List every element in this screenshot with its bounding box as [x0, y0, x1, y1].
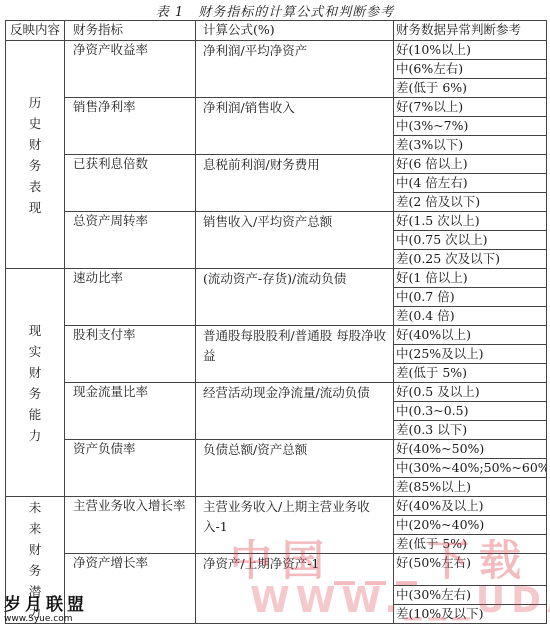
- judgement-value: 差(低于 6%): [394, 79, 547, 98]
- indicator-name: 股利支付率: [65, 326, 196, 383]
- indicator-name: 净资产收益率: [65, 41, 196, 98]
- section-label-char: 历: [6, 92, 64, 113]
- indicator-name: 已获利息倍数: [65, 155, 196, 212]
- judgement-value: 差(0.3 以下): [394, 421, 547, 440]
- section-label-char: 来: [6, 518, 64, 539]
- indicator-name: 总资产周转率: [65, 212, 196, 269]
- section-label-char: 财: [6, 539, 64, 560]
- section-label: 历史财务表现: [6, 41, 65, 269]
- judgement-value: 好(40%以上): [394, 326, 547, 345]
- section-label-char: 实: [6, 341, 64, 362]
- formula: 净资产/上期净资产-1: [196, 554, 394, 624]
- indicator-name: 销售净利率: [65, 98, 196, 155]
- table-row: 股利支付率普通股每股股利/普通股 每股净收益好(40%以上): [6, 326, 547, 345]
- section-label-char: 潜: [6, 581, 64, 602]
- formula: 净利润/平均净资产: [196, 41, 394, 98]
- judgement-value: 中(6%左右): [394, 60, 547, 79]
- header-formula: 计算公式(%): [196, 21, 394, 41]
- formula: 普通股每股股利/普通股 每股净收益: [196, 326, 394, 383]
- formula: 息税前利润/财务费用: [196, 155, 394, 212]
- judgement-value: 好(7%以上): [394, 98, 547, 117]
- section-label-char: 财: [6, 134, 64, 155]
- judgement-value: 好(0.5 及以上): [394, 383, 547, 402]
- table-row: 净资产增长率净资产/上期净资产-1好(50%左右): [6, 554, 547, 586]
- judgement-value: 中(4 倍左右): [394, 174, 547, 193]
- judgement-value: 好(50%左右): [394, 554, 547, 586]
- judgement-value: 中(0.75 次以上): [394, 231, 547, 250]
- judgement-value: 差(85%以上): [394, 478, 547, 497]
- judgement-value: 差(低于 5%): [394, 364, 547, 383]
- judgement-value: 中(25%及以上): [394, 345, 547, 364]
- table-row: 已获利息倍数息税前利润/财务费用好(6 倍以上): [6, 155, 547, 174]
- section-label-char: 现: [6, 197, 64, 218]
- judgement-value: 中(30%~40%;50%~60%): [394, 459, 547, 478]
- section-label-char: 务: [6, 155, 64, 176]
- section-label-char: 表: [6, 176, 64, 197]
- section-label: 未来财务潜力: [6, 497, 65, 624]
- indicator-name: 资产负债率: [65, 440, 196, 497]
- judgement-value: 中(30%左右): [394, 586, 547, 605]
- judgement-value: 好(40%~50%): [394, 440, 547, 459]
- formula: 经营活动现金净流量/流动负债: [196, 383, 394, 440]
- table-row: 现实财务能力速动比率(流动资产-存货)/流动负债好(1 倍以上): [6, 269, 547, 288]
- section-label-char: 史: [6, 113, 64, 134]
- judgement-value: 好(6 倍以上): [394, 155, 547, 174]
- section-label-char: 务: [6, 383, 64, 404]
- section-label-char: 未: [6, 497, 64, 518]
- formula: 主营业务收入/上期主营业务收入-1: [196, 497, 394, 554]
- section-label-char: 力: [6, 602, 64, 623]
- judgement-value: 差(0.4 倍): [394, 307, 547, 326]
- table-row: 历史财务表现净资产收益率净利润/平均净资产好(10%以上): [6, 41, 547, 60]
- table-row: 总资产周转率销售收入/平均资产总额好(1.5 次以上): [6, 212, 547, 231]
- judgement-value: 好(1.5 次以上): [394, 212, 547, 231]
- judgement-value: 差(0.25 次及以下): [394, 250, 547, 269]
- section-label-char: 现: [6, 320, 64, 341]
- header-row: 反映内容 财务指标 计算公式(%) 财务数据异常判断参考: [6, 21, 547, 41]
- judgement-value: 差(2 倍及以下): [394, 193, 547, 212]
- formula: (流动资产-存货)/流动负债: [196, 269, 394, 326]
- financial-indicators-table: 反映内容 财务指标 计算公式(%) 财务数据异常判断参考 历史财务表现净资产收益…: [5, 20, 547, 624]
- formula: 负债总额/资产总额: [196, 440, 394, 497]
- judgement-value: 差(低于 5%): [394, 535, 547, 554]
- judgement-value: 差(10%及以下): [394, 605, 547, 624]
- section-label-char: 财: [6, 362, 64, 383]
- judgement-value: 中(3%~7%): [394, 117, 547, 136]
- table-row: 资产负债率负债总额/资产总额好(40%~50%): [6, 440, 547, 459]
- indicator-name: 净资产增长率: [65, 554, 196, 624]
- section-label-char: 能: [6, 404, 64, 425]
- indicator-name: 主营业务收入增长率: [65, 497, 196, 554]
- table-row: 未来财务潜力主营业务收入增长率主营业务收入/上期主营业务收入-1好(40%及以上…: [6, 497, 547, 516]
- judgement-value: 好(40%及以上): [394, 497, 547, 516]
- judgement-value: 好(1 倍以上): [394, 269, 547, 288]
- header-judgement: 财务数据异常判断参考: [394, 21, 547, 41]
- judgement-value: 好(10%以上): [394, 41, 547, 60]
- table-row: 销售净利率净利润/销售收入好(7%以上): [6, 98, 547, 117]
- indicator-name: 速动比率: [65, 269, 196, 326]
- judgement-value: 差(3%以下): [394, 136, 547, 155]
- section-label: 现实财务能力: [6, 269, 65, 497]
- judgement-value: 中(20%~40%): [394, 516, 547, 535]
- table-row: 现金流量比率经营活动现金净流量/流动负债好(0.5 及以上): [6, 383, 547, 402]
- section-label-char: 务: [6, 560, 64, 581]
- header-content-area: 反映内容: [6, 21, 65, 41]
- formula: 净利润/销售收入: [196, 98, 394, 155]
- formula: 销售收入/平均资产总额: [196, 212, 394, 269]
- header-indicator: 财务指标: [65, 21, 196, 41]
- judgement-value: 中(0.3~0.5): [394, 402, 547, 421]
- table-title: 表 1 财务指标的计算公式和判断参考: [0, 1, 550, 20]
- indicator-name: 现金流量比率: [65, 383, 196, 440]
- section-label-char: 力: [6, 425, 64, 446]
- judgement-value: 中(0.7 倍): [394, 288, 547, 307]
